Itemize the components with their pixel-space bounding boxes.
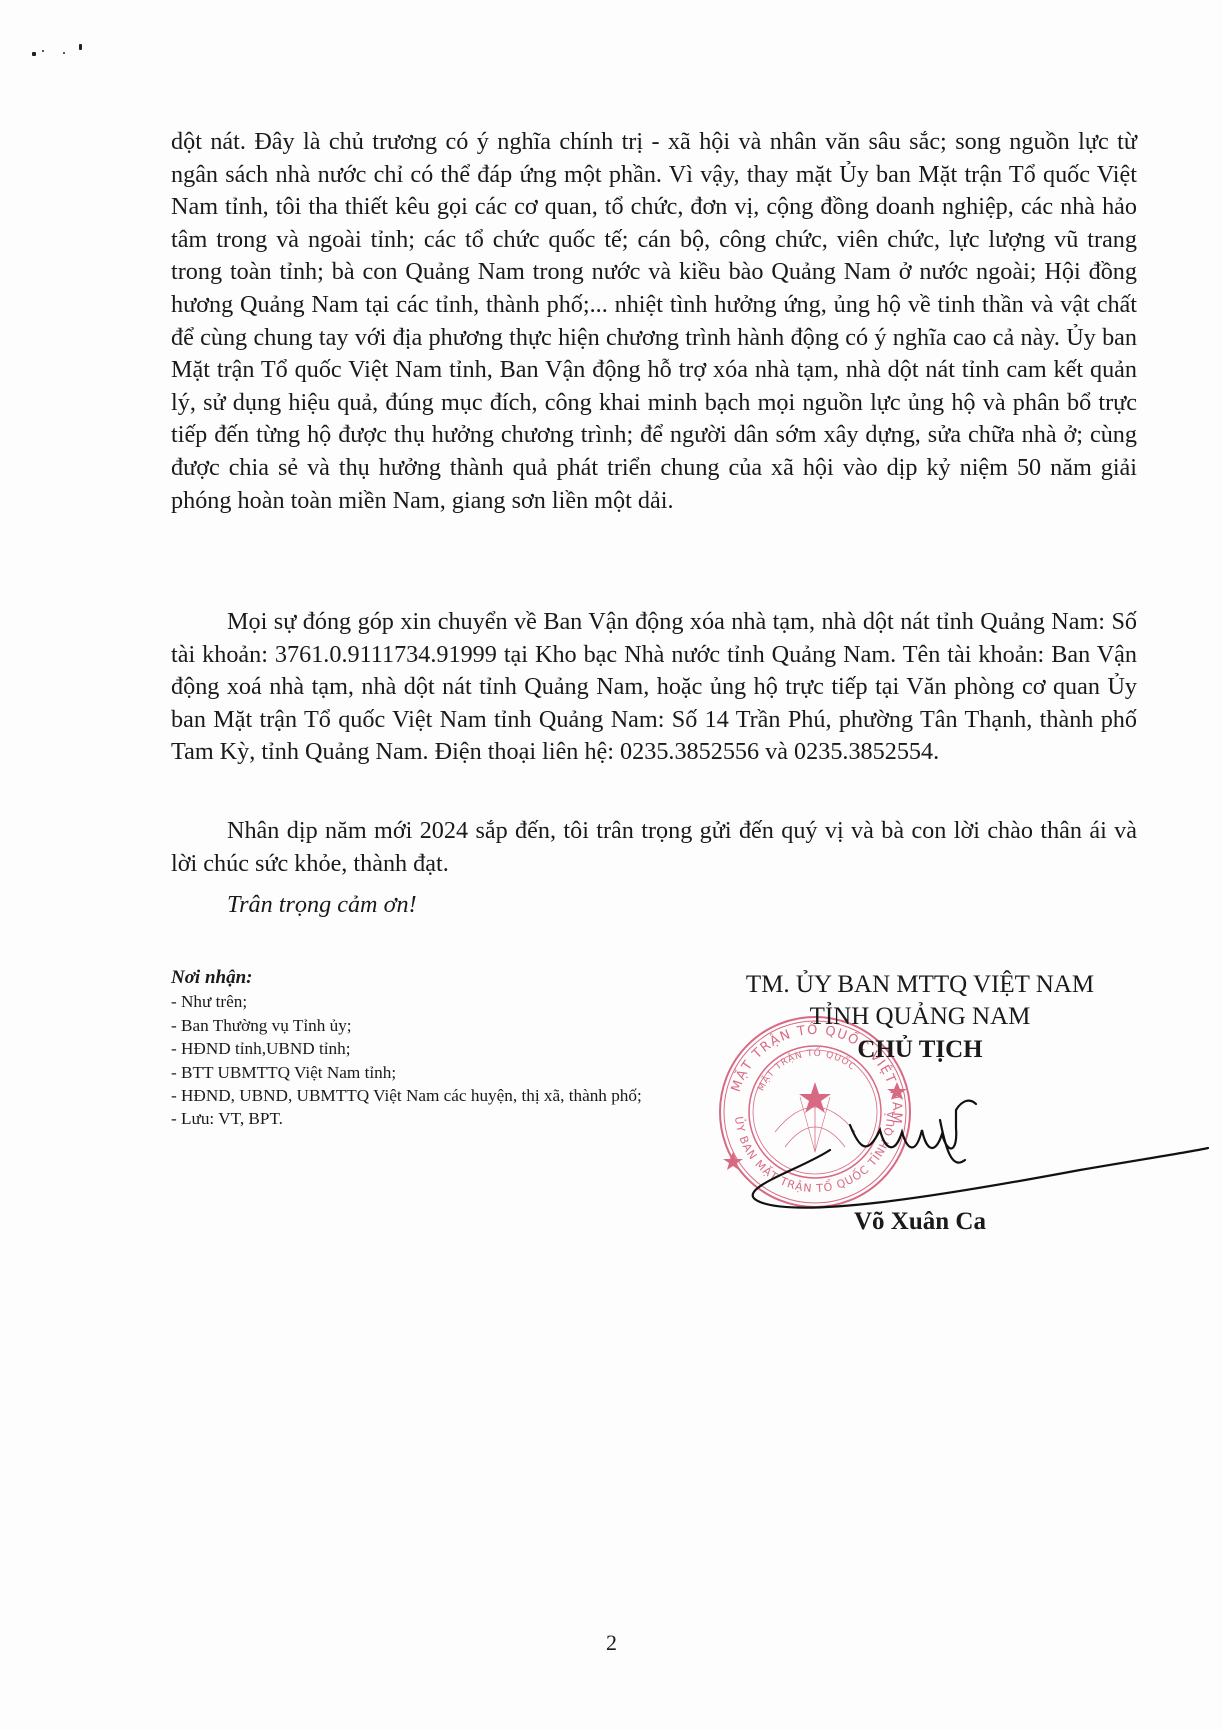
recipient-item: - Ban Thường vụ Tỉnh ủy; xyxy=(171,1014,691,1037)
scan-speck xyxy=(63,52,65,54)
scan-speck xyxy=(42,50,44,52)
body-paragraph-appeal: dột nát. Đây là chủ trương có ý nghĩa ch… xyxy=(171,126,1137,517)
recipient-item: - BTT UBMTTQ Việt Nam tỉnh; xyxy=(171,1061,691,1084)
closing-line: Trân trọng cảm ơn! xyxy=(227,891,417,919)
handwritten-signature-icon xyxy=(730,1090,1210,1220)
recipient-item: - HĐND, UBND, UBMTTQ Việt Nam các huyện,… xyxy=(171,1084,691,1107)
signatory-province: TỈNH QUẢNG NAM xyxy=(700,1002,1140,1032)
recipient-item: - Như trên; xyxy=(171,990,691,1013)
recipients-title: Nơi nhận: xyxy=(171,966,691,989)
signatory-organization: TM. ỦY BAN MTTQ VIỆT NAM xyxy=(700,970,1140,1000)
paragraph-text: Nhân dịp năm mới 2024 sắp đến, tôi trân … xyxy=(171,815,1137,880)
body-paragraph-donation-info: Mọi sự đóng góp xin chuyển về Ban Vận độ… xyxy=(171,606,1137,769)
scan-speck xyxy=(79,44,82,50)
body-paragraph-new-year-greeting: Nhân dịp năm mới 2024 sắp đến, tôi trân … xyxy=(171,815,1137,880)
paragraph-text: Mọi sự đóng góp xin chuyển về Ban Vận độ… xyxy=(171,606,1137,769)
signatory-position: CHỦ TỊCH xyxy=(700,1035,1140,1065)
recipient-item: - HĐND tỉnh,UBND tỉnh; xyxy=(171,1037,691,1060)
scan-speck xyxy=(32,52,36,56)
recipients-block: Nơi nhận: - Như trên; - Ban Thường vụ Tỉ… xyxy=(171,966,691,1131)
page-number: 2 xyxy=(0,1630,1223,1656)
recipient-item: - Lưu: VT, BPT. xyxy=(171,1107,691,1130)
signature-block: TM. ỦY BAN MTTQ VIỆT NAM TỈNH QUẢNG NAM … xyxy=(700,970,1220,1250)
paragraph-text: dột nát. Đây là chủ trương có ý nghĩa ch… xyxy=(171,126,1137,517)
